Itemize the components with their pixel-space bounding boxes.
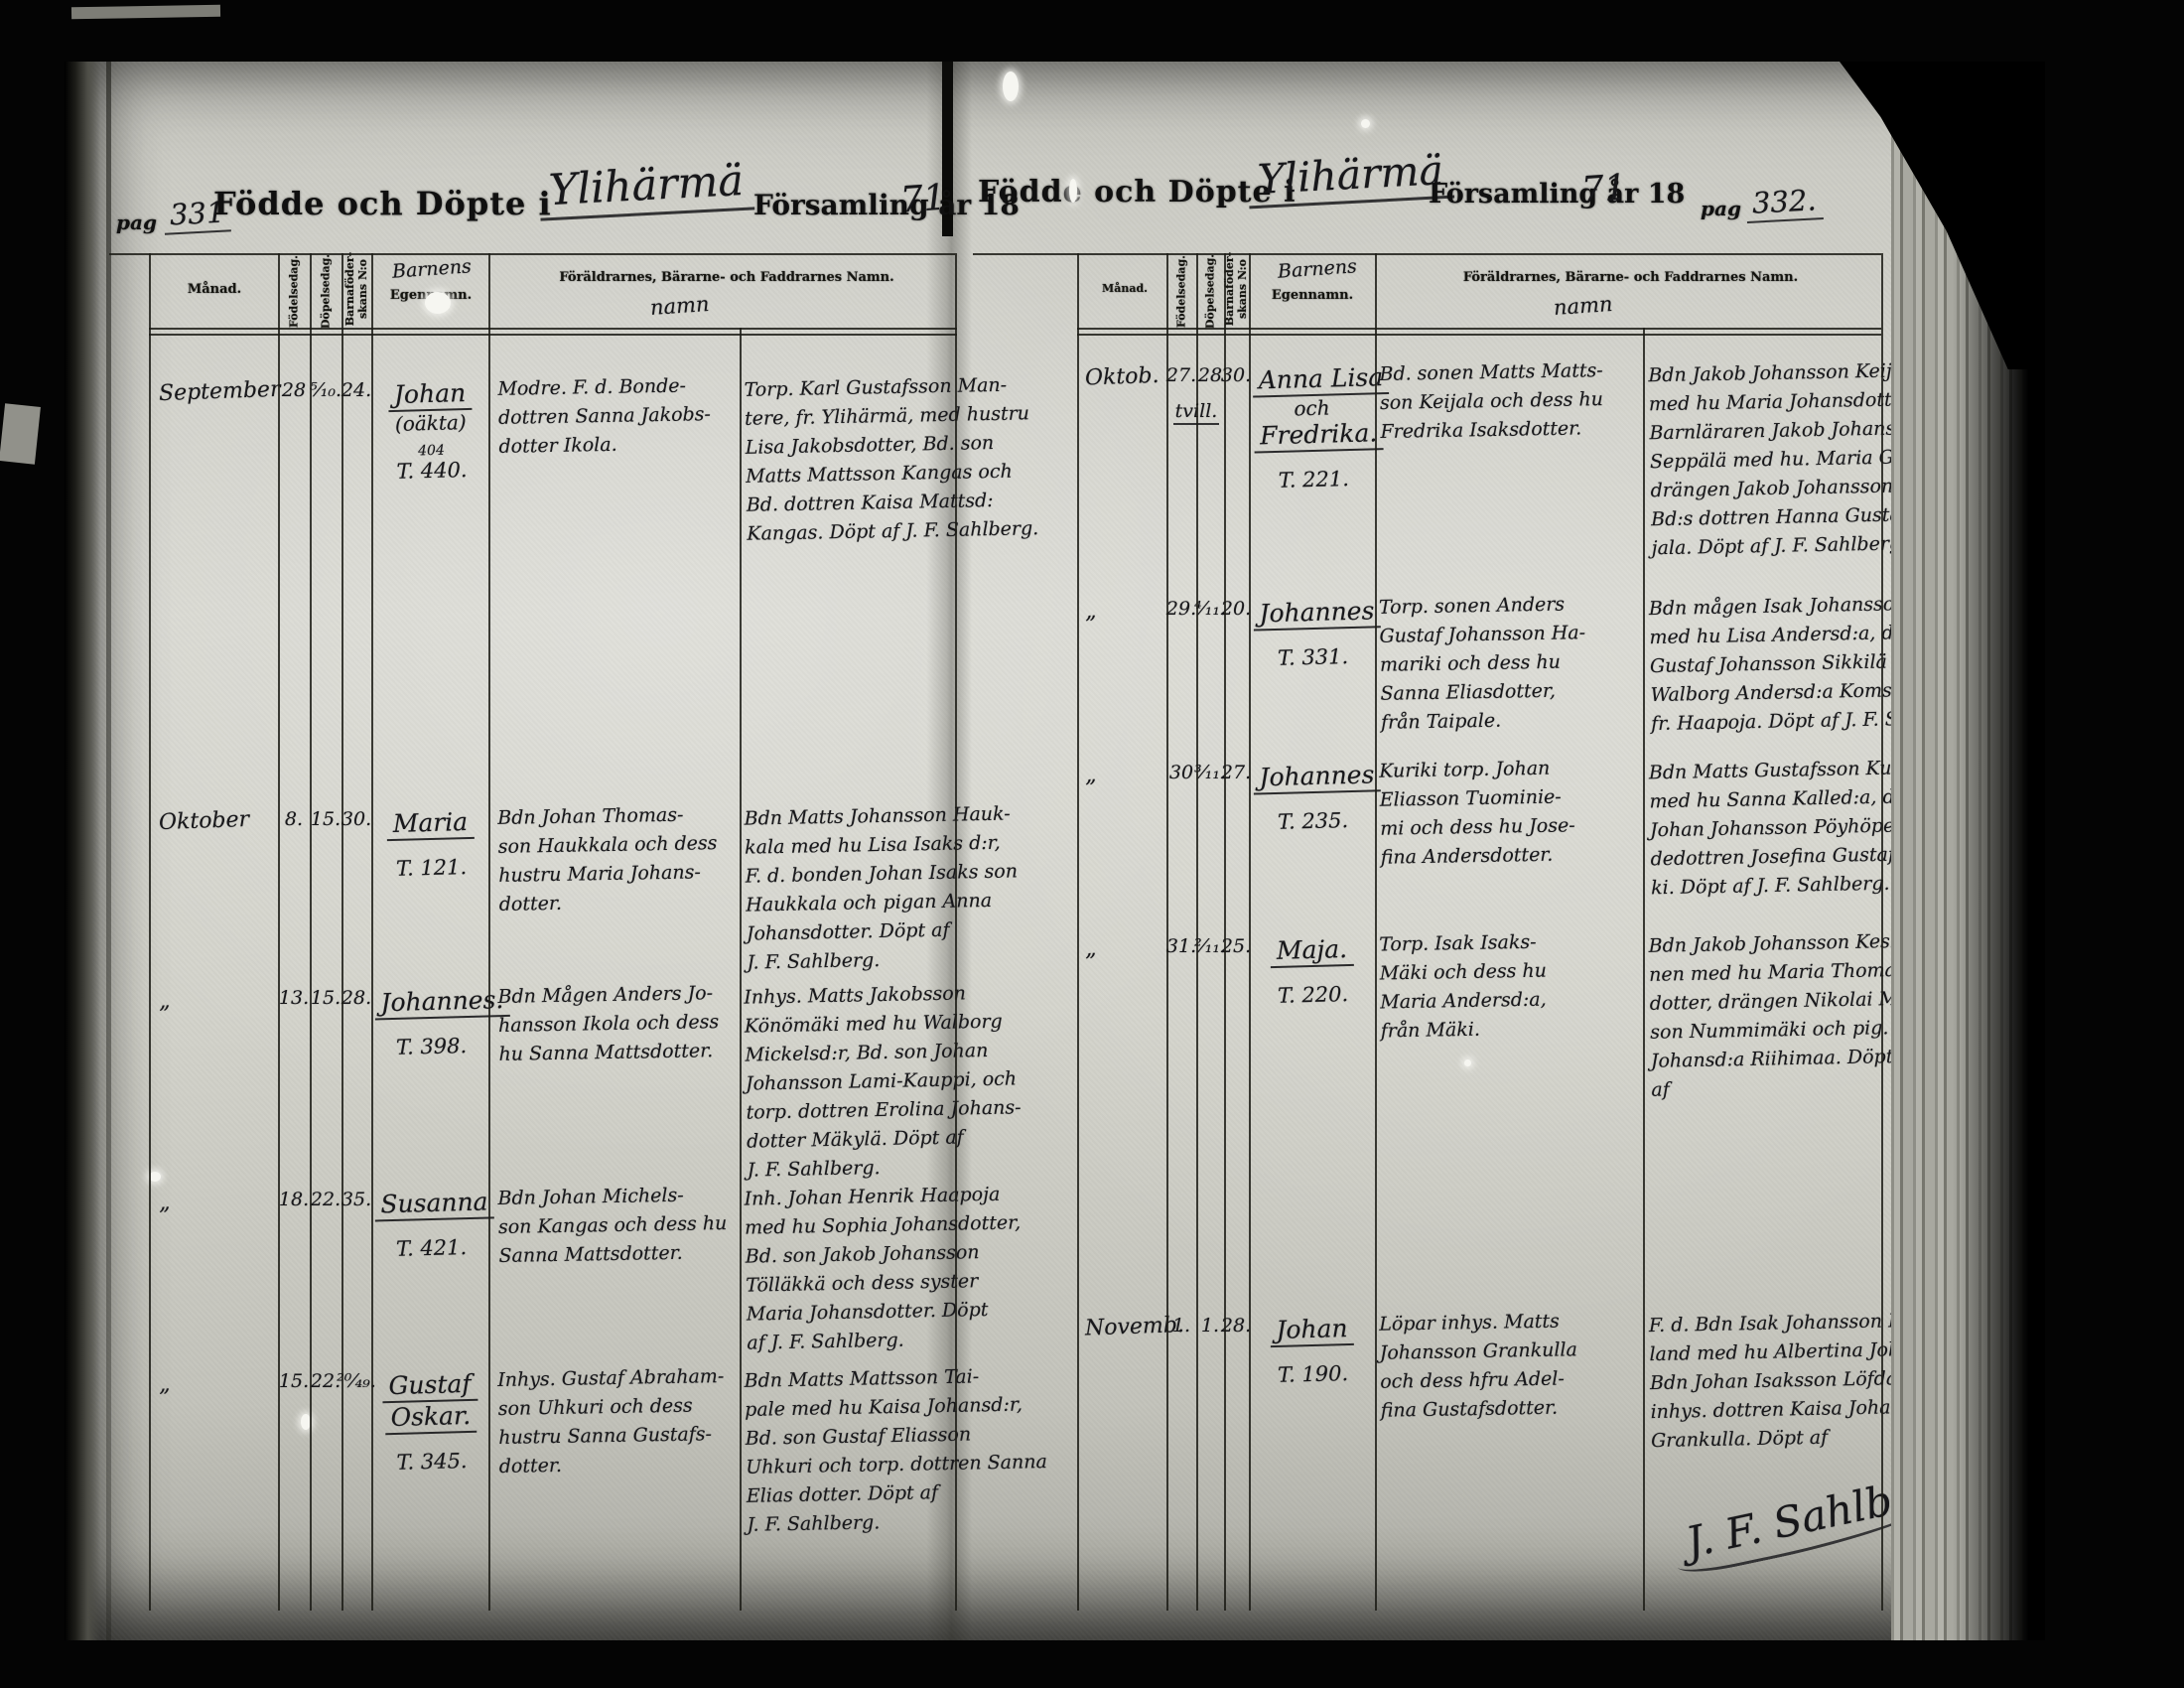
- parents-line: Gustaf Johansson Ha-: [1379, 619, 1585, 651]
- parents-line: son Uhkuri och dess: [498, 1391, 726, 1424]
- parents-line: hustru Sanna Gustafs-: [498, 1420, 726, 1453]
- child-reference-number: T. 398.: [375, 1034, 487, 1060]
- sponsors-line: med hu Sophia Johansdotter,: [745, 1208, 1022, 1242]
- parents-line: Bdn Johan Thomas-: [497, 800, 717, 833]
- table-column-rule: [1224, 253, 1226, 1611]
- child-name: Maja.: [1271, 934, 1354, 968]
- parents-line: Johansson Grankulla: [1380, 1336, 1578, 1367]
- parents-line: Sanna Mattsdotter.: [498, 1238, 728, 1271]
- scanned-book-spread: pag 331 Födde och Döpte i Ylihärmä Försa…: [65, 62, 2045, 1640]
- dust-speck: [1464, 1059, 1471, 1066]
- parents-line: Inhys. Gustaf Abraham-: [497, 1362, 725, 1395]
- sponsors-text: Inhys. Matts JakobssonKönömäki med hu Wa…: [744, 978, 1023, 1185]
- parents-line: Bdn Mågen Anders Jo-: [497, 979, 719, 1012]
- book-spine-shadow: [65, 62, 100, 1640]
- parents-line: mi och dess hu Jose-: [1380, 811, 1575, 843]
- sponsors-line: pale med hu Kaisa Johansd:r,: [745, 1390, 1046, 1425]
- child-reference-number: T. 190.: [1254, 1360, 1372, 1387]
- dust-speck: [425, 292, 451, 314]
- sponsors-text: Torp. Karl Gustafsson Man-tere, fr. Ylih…: [744, 370, 1038, 549]
- parents-line: mariki och dess hu: [1380, 647, 1586, 680]
- child-name-block: Anna LisaochFredrika.T. 221.: [1252, 362, 1372, 492]
- child-reference-number: T. 220.: [1254, 981, 1372, 1008]
- parents-line: fina Gustafsdotter.: [1381, 1393, 1579, 1425]
- entry-month: Oktober: [159, 806, 279, 835]
- parents-text: Torp. sonen AndersGustaf Johansson Ha-ma…: [1379, 590, 1587, 738]
- parents-line: dotter Ikola.: [498, 429, 711, 462]
- child-name-connector: och: [1253, 394, 1371, 421]
- dust-speck: [1069, 179, 1077, 203]
- entry-month: September: [159, 377, 279, 406]
- parents-line: Bd. sonen Matts Matts-: [1379, 356, 1603, 389]
- illegitimate-note: (oäkta): [374, 410, 486, 437]
- table-column-rule: [1249, 253, 1251, 1611]
- table-horizontal-rule: [149, 334, 957, 336]
- parents-line: Mäki och dess hu: [1380, 957, 1548, 989]
- table-column-rule: [488, 253, 490, 1611]
- table-horizontal-rule: [109, 253, 955, 255]
- parents-line: Modre. F. d. Bonde-: [497, 371, 710, 404]
- child-name-2: Oskar.: [384, 1401, 477, 1435]
- child-name-block: JohannesT. 331.: [1253, 596, 1372, 670]
- child-name-block: JohannesT. 235.: [1253, 760, 1372, 834]
- microfilm-scan-background: { "book": { "signature": "J. F. Sahlberg…: [0, 0, 2184, 1688]
- parents-text: Bd. sonen Matts Matts-son Keijala och de…: [1379, 356, 1604, 447]
- sponsors-line: J. F. Sahlberg.: [747, 943, 1020, 977]
- child-name: Gustaf: [382, 1369, 478, 1403]
- sponsors-text: Bdn Matts Mattsson Tai-pale med hu Kaisa…: [744, 1361, 1048, 1540]
- child-name-block: Johannes.T. 398.: [374, 986, 487, 1060]
- child-name-2: Fredrika.: [1254, 418, 1384, 453]
- register-entries: September28⁵⁄₁₀.24.Johan(oäkta)404T. 440…: [65, 62, 2045, 1640]
- child-name-block: GustafOskar.T. 345.: [374, 1369, 488, 1476]
- parents-line: Sanna Eliasdotter,: [1380, 676, 1586, 709]
- child-name-block: SusannaT. 421.: [374, 1188, 487, 1262]
- child-name-block: Johan(oäkta)404T. 440.: [374, 378, 488, 485]
- child-reference-number: T. 440.: [376, 458, 488, 485]
- parents-line: Kuriki torp. Johan: [1379, 754, 1574, 785]
- child-name-block: Maja.T. 220.: [1253, 933, 1372, 1008]
- child-reference-number: T. 421.: [375, 1235, 487, 1262]
- parents-line: Torp. Isak Isaks-: [1379, 928, 1547, 960]
- table-column-rule: [341, 253, 343, 1611]
- parents-line: Fredrika Isaksdotter.: [1380, 414, 1604, 447]
- parents-line: från Mäki.: [1381, 1015, 1549, 1047]
- child-name-block: MariaT. 121.: [374, 807, 487, 882]
- parents-line: och dess hfru Adel-: [1380, 1364, 1578, 1396]
- parents-text: Inhys. Gustaf Abraham-son Uhkuri och des…: [497, 1362, 726, 1481]
- parents-line: Bdn Johan Michels-: [497, 1181, 727, 1213]
- table-column-rule: [149, 253, 151, 1611]
- book-spine-line: [106, 62, 111, 1640]
- parents-line: Eliasson Tuominie-: [1380, 782, 1575, 814]
- parents-line: hustru Maria Johans-: [498, 858, 718, 891]
- child-name: Anna Lisa: [1252, 362, 1389, 398]
- parents-line: fina Andersdotter.: [1381, 840, 1576, 872]
- sponsors-line: Uhkuri och torp. dottren Sanna: [746, 1448, 1047, 1482]
- child-name: Johan: [388, 378, 473, 412]
- scan-artifact: [71, 5, 220, 20]
- sponsors-text: Bdn Matts Johansson Hauk-kala med hu Lis…: [744, 799, 1020, 977]
- parents-text: Bdn Johan Michels-son Kangas och dess hu…: [497, 1181, 728, 1271]
- dust-speck: [1003, 71, 1019, 101]
- child-reference-number: T. 235.: [1254, 807, 1372, 834]
- parents-text: Bdn Johan Thomas-son Haukkala och desshu…: [497, 800, 719, 919]
- child-name: Johannes: [1253, 760, 1381, 794]
- table-column-rule: [1166, 253, 1168, 1611]
- parents-text: Torp. Isak Isaks-Mäki och dess huMaria A…: [1379, 928, 1548, 1047]
- parents-text: Kuriki torp. JohanEliasson Tuominie-mi o…: [1379, 754, 1575, 872]
- parents-line: hansson Ikola och dess: [498, 1008, 720, 1041]
- parents-line: son Keijala och dess hu: [1380, 385, 1604, 418]
- table-column-rule: [278, 253, 280, 1611]
- table-column-rule: [310, 253, 312, 1611]
- sponsors-line: Matts Mattsson Kangas och: [746, 457, 1037, 492]
- parents-line: Löpar inhys. Matts: [1379, 1307, 1577, 1338]
- parents-line: från Taipale.: [1381, 705, 1587, 738]
- child-reference-number: T. 121.: [375, 855, 487, 882]
- entry-month: „: [159, 1187, 279, 1215]
- parents-line: son Haukkala och dess: [498, 829, 718, 862]
- table-column-rule: [1643, 328, 1645, 1611]
- child-name: Susanna: [374, 1187, 494, 1221]
- child-name: Johan: [1270, 1314, 1354, 1347]
- parents-text: Löpar inhys. MattsJohansson Grankullaoch…: [1379, 1307, 1578, 1425]
- table-horizontal-rule: [973, 253, 1881, 255]
- sponsors-line: af J. F. Sahlberg.: [747, 1324, 1024, 1357]
- parents-text: Bdn Mågen Anders Jo-hansson Ikola och de…: [497, 979, 720, 1069]
- sponsors-line: Kangas. Döpt af J. F. Sahlberg.: [747, 514, 1038, 549]
- table-column-rule: [1196, 253, 1198, 1611]
- entry-month: „: [159, 1368, 279, 1397]
- parents-line: Torp. sonen Anders: [1379, 590, 1585, 623]
- table-column-rule: [1375, 253, 1377, 1611]
- table-column-rule: [740, 328, 742, 1611]
- table-column-rule: [955, 253, 957, 1611]
- child-reference-number: T. 331.: [1254, 643, 1372, 670]
- parents-line: dotter.: [499, 887, 719, 919]
- parents-line: dotter.: [499, 1449, 727, 1481]
- sponsors-text: Inh. Johan Henrik Haapojamed hu Sophia J…: [744, 1180, 1023, 1357]
- sponsors-line: Haukkala och pigan Anna: [746, 886, 1019, 919]
- parents-line: Maria Andersd:a,: [1380, 986, 1548, 1018]
- margin-scrap: [0, 403, 41, 464]
- parents-line: hu Sanna Mattsdotter.: [498, 1037, 720, 1069]
- table-column-rule: [1881, 253, 1883, 1611]
- child-reference-number: T. 221.: [1255, 466, 1373, 492]
- entry-month: „: [159, 985, 279, 1014]
- sponsors-line: Maria Johansdotter. Döpt: [747, 1295, 1024, 1329]
- child-reference-number: T. 345.: [376, 1449, 488, 1476]
- child-name: Johannes: [1253, 596, 1381, 631]
- sponsors-line: torp. dottren Erolina Johans-: [746, 1093, 1022, 1127]
- sponsors-line: J. F. Sahlberg.: [747, 1505, 1048, 1540]
- table-column-rule: [1077, 253, 1079, 1611]
- parents-line: dottren Sanna Jakobs-: [498, 400, 711, 433]
- parents-text: Modre. F. d. Bonde-dottren Sanna Jakobs-…: [497, 371, 711, 462]
- parents-line: son Kangas och dess hu: [498, 1209, 728, 1242]
- table-horizontal-rule: [149, 328, 957, 330]
- child-name-block: JohanT. 190.: [1253, 1313, 1372, 1387]
- table-column-rule: [371, 253, 373, 1611]
- child-name: Maria: [386, 807, 474, 841]
- dust-speck: [1361, 119, 1370, 128]
